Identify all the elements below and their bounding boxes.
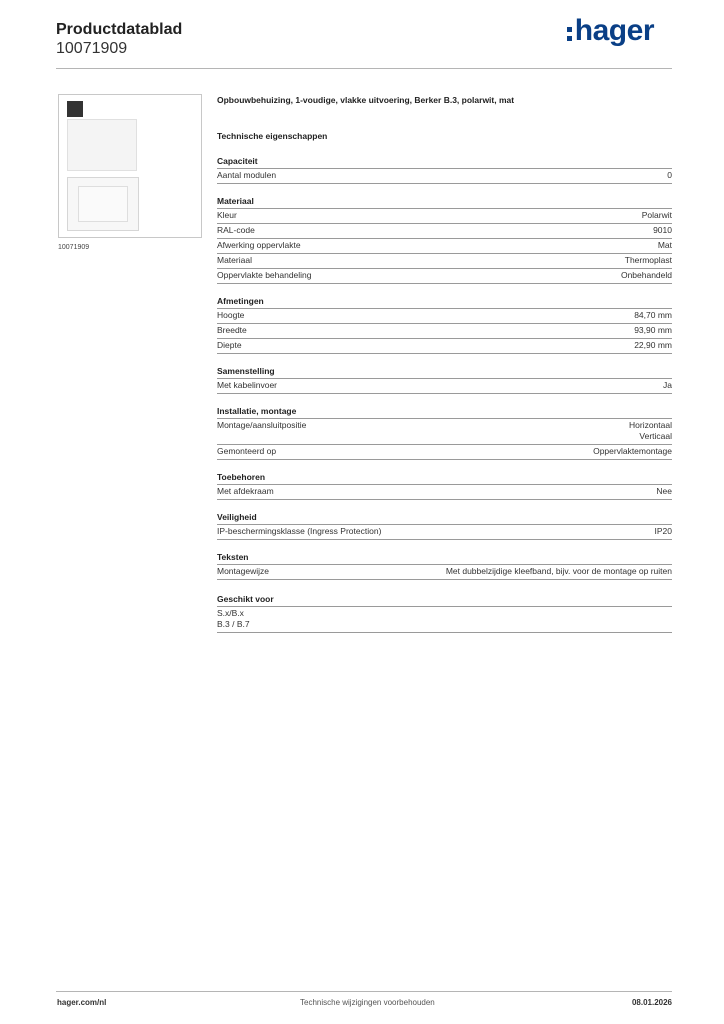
spec-group-title: Materiaal [217, 196, 672, 209]
spec-value: 22,90 mm [634, 340, 672, 351]
spec-row: KleurPolarwit [217, 209, 672, 224]
spec-label: RAL-code [217, 225, 255, 236]
spec-group: ToebehorenMet afdekraamNee [217, 472, 672, 500]
spec-value: Mat [658, 240, 672, 251]
suitable-for-title: Geschikt voor [217, 594, 672, 607]
spec-value: 84,70 mm [634, 310, 672, 321]
logo-colon-icon [567, 27, 572, 41]
spec-row: IP-beschermingsklasse (Ingress Protectio… [217, 525, 672, 540]
spec-row: Hoogte84,70 mm [217, 309, 672, 324]
spec-label: Aantal modulen [217, 170, 276, 181]
spec-value: 0 [667, 170, 672, 181]
spec-row: Afwerking oppervlakteMat [217, 239, 672, 254]
product-image-cover-plate [67, 119, 137, 171]
spec-group-title: Capaciteit [217, 156, 672, 169]
spec-row: Diepte22,90 mm [217, 339, 672, 354]
product-title: Opbouwbehuizing, 1-voudige, vlakke uitvo… [217, 95, 672, 105]
logo-text: hager [575, 14, 654, 48]
spec-value: Horizontaal Verticaal [629, 420, 672, 442]
spec-label: Gemonteerd op [217, 446, 276, 457]
spec-label: Montage/aansluitpositie [217, 420, 306, 431]
spec-group: Installatie, montageMontage/aansluitposi… [217, 406, 672, 460]
spec-value: 93,90 mm [634, 325, 672, 336]
suitable-for-item: B.3 / B.7 [217, 619, 672, 630]
spec-label: Diepte [217, 340, 242, 351]
page-header: Productdatablad 10071909 [56, 20, 182, 58]
spec-value: Ja [663, 380, 672, 391]
spec-group: VeiligheidIP-beschermingsklasse (Ingress… [217, 512, 672, 540]
spec-label: Afwerking oppervlakte [217, 240, 301, 251]
suitable-for-item: S.x/B.x [217, 608, 672, 619]
spec-row: MontagewijzeMet dubbelzijdige kleefband,… [217, 565, 672, 580]
spec-group: TekstenMontagewijzeMet dubbelzijdige kle… [217, 552, 672, 580]
suitable-for-list: S.x/B.x B.3 / B.7 [217, 607, 672, 633]
spec-value: Oppervlaktemontage [593, 446, 672, 457]
spec-row: Montage/aansluitpositieHorizontaal Verti… [217, 419, 672, 445]
spec-label: Kleur [217, 210, 237, 221]
spec-group: CapaciteitAantal modulen0 [217, 156, 672, 184]
footer-date: 08.01.2026 [632, 998, 672, 1007]
spec-groups: CapaciteitAantal modulen0MateriaalKleurP… [217, 156, 672, 580]
product-image-caption: 10071909 [58, 244, 89, 251]
spec-row: Met kabelinvoerJa [217, 379, 672, 394]
spec-group-title: Installatie, montage [217, 406, 672, 419]
spec-row: Aantal modulen0 [217, 169, 672, 184]
product-specifications: Opbouwbehuizing, 1-voudige, vlakke uitvo… [217, 95, 672, 645]
spec-row: MateriaalThermoplast [217, 254, 672, 269]
document-title: Productdatablad [56, 20, 182, 40]
spec-label: Met kabelinvoer [217, 380, 277, 391]
spec-label: Materiaal [217, 255, 252, 266]
spec-value: Nee [656, 486, 672, 497]
spec-row: Gemonteerd opOppervlaktemontage [217, 445, 672, 460]
technical-properties-heading: Technische eigenschappen [217, 131, 672, 141]
spec-value: Polarwit [642, 210, 672, 221]
hager-logo: hager [567, 14, 654, 48]
spec-group-title: Samenstelling [217, 366, 672, 379]
spec-label: Breedte [217, 325, 247, 336]
spec-label: IP-beschermingsklasse (Ingress Protectio… [217, 526, 381, 537]
product-image-housing-inner [78, 186, 128, 222]
spec-row: Met afdekraamNee [217, 485, 672, 500]
spec-group: MateriaalKleurPolarwitRAL-code9010Afwerk… [217, 196, 672, 284]
footer-disclaimer: Technische wijzigingen voorbehouden [300, 998, 435, 1007]
footer-website-link[interactable]: hager.com/nl [57, 998, 106, 1007]
product-image-housing [67, 177, 139, 231]
suitable-for-group: Geschikt voor S.x/B.x B.3 / B.7 [217, 594, 672, 633]
product-number: 10071909 [56, 40, 182, 58]
spec-group-title: Afmetingen [217, 296, 672, 309]
spec-row: Oppervlakte behandelingOnbehandeld [217, 269, 672, 284]
product-image [58, 94, 202, 238]
spec-label: Oppervlakte behandeling [217, 270, 312, 281]
spec-label: Montagewijze [217, 566, 269, 577]
product-image-dark-tile [67, 101, 83, 117]
spec-group: SamenstellingMet kabelinvoerJa [217, 366, 672, 394]
spec-value: IP20 [655, 526, 673, 537]
header-divider [56, 68, 672, 69]
spec-label: Met afdekraam [217, 486, 274, 497]
spec-row: RAL-code9010 [217, 224, 672, 239]
spec-row: Breedte93,90 mm [217, 324, 672, 339]
spec-value: Thermoplast [625, 255, 672, 266]
spec-value: 9010 [653, 225, 672, 236]
spec-label: Hoogte [217, 310, 244, 321]
spec-value: Onbehandeld [621, 270, 672, 281]
spec-group-title: Veiligheid [217, 512, 672, 525]
spec-value: Met dubbelzijdige kleefband, bijv. voor … [446, 566, 672, 577]
spec-group-title: Toebehoren [217, 472, 672, 485]
spec-group: AfmetingenHoogte84,70 mmBreedte93,90 mmD… [217, 296, 672, 354]
footer-divider [56, 991, 672, 992]
spec-group-title: Teksten [217, 552, 672, 565]
